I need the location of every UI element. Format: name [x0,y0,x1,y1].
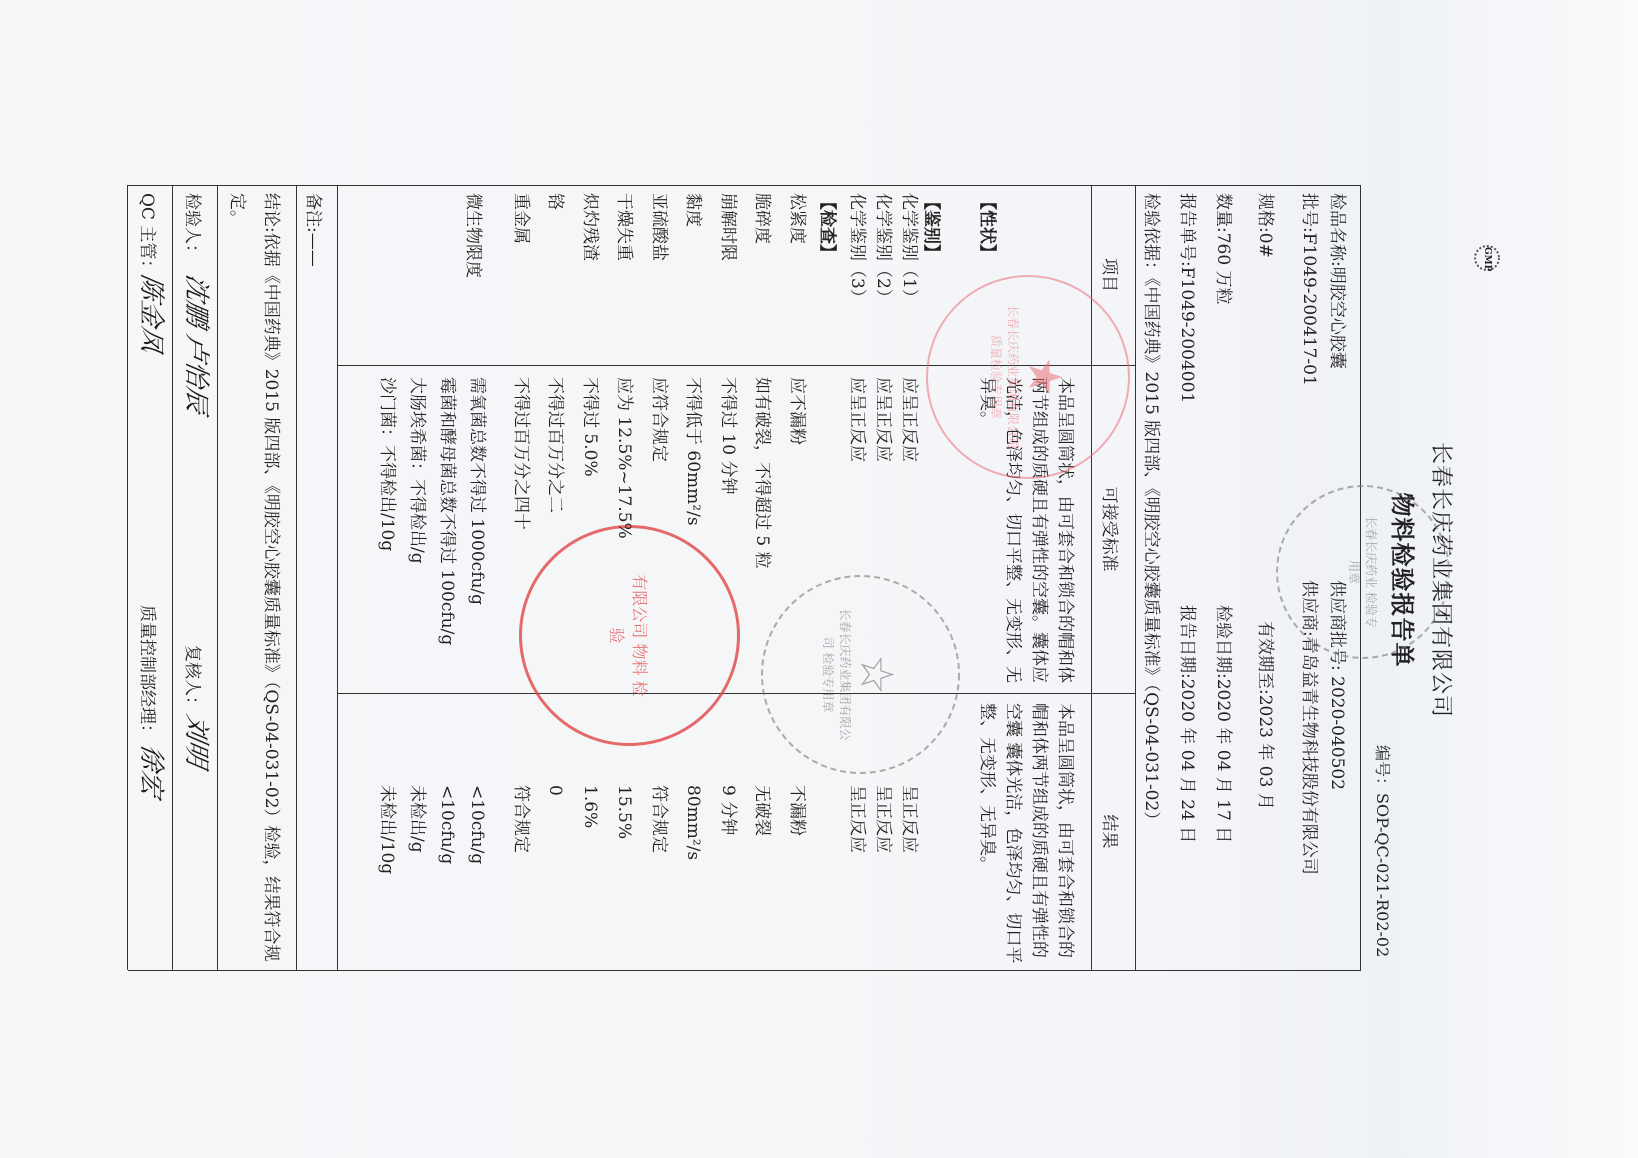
column-header-item: 项目 [1099,185,1124,365]
check-standard: 如有破裂，不得超过 5 粒 [750,377,776,569]
microbial-result: <10cfu/g [464,785,490,864]
reviewer-signature: 刘明 [180,712,217,771]
microbial-result: 未检出/10g [374,785,400,874]
signature-row-border [172,185,173,970]
microbial-standard: 需氧菌总数不得过 1000cfu/g [464,377,490,605]
header-row-border [1091,185,1092,970]
microbial-label: 微生物限度 [460,193,486,278]
check-item: 炽灼残渣 [577,193,603,261]
check-item: 铬 [543,193,569,210]
identification-standard: 应呈正反应 [844,377,870,462]
inspection-report-page: GMP 长春长庆药业集团有限公司 物料检验报告单 编号：SOP-QC-021-R… [100,185,1520,975]
inspection-date: 检验日期:2020 年 04 月 17 日 [1213,605,1238,843]
identification-standard: 应呈正反应 [896,377,922,462]
red-material-stamp: 有限公司 物料 检验 [519,525,740,746]
check-standard: 不得过 5.0% [577,377,603,477]
inspector-label: 检验人： [182,193,207,261]
check-result: 符合规定 [646,785,672,853]
appearance-standard: 本品呈圆筒状，由可套合和锁合的帽和体两节组成的质硬且有弹性的空囊。囊体应光洁，色… [974,377,1078,689]
gmp-logo-icon: GMP [1474,245,1500,271]
microbial-standard: 霉菌和酵母菌总数不得过 100cfu/g [434,377,460,645]
conclusion-bottom-border [217,185,218,970]
inspector-signature: 沈鹏 卢怡辰 [180,272,217,417]
column-header-result: 结果 [1099,693,1124,970]
star-icon: ☆ [855,605,901,745]
report-number: 报告单号:F1049-2004001 [1177,193,1202,403]
remarks-bottom-border [296,185,297,970]
body-bottom-border [337,185,338,970]
identification-item: 化学鉴别（2） [870,193,896,306]
qc-supervisor-label: QC 主管： [137,193,162,276]
check-standard: 不得低于 60mm²/s [681,377,707,526]
identification-standard: 应呈正反应 [870,377,896,462]
quantity: 数量:760 万粒 [1213,193,1238,305]
code-label: 编号： [1373,745,1392,793]
microbial-standard: 沙门菌：不得检出/10g [374,377,400,551]
check-standard: 不得过百万分之二 [543,377,569,513]
check-standard: 应不漏粉 [784,377,810,445]
check-item: 黏度 [681,193,707,227]
check-result: 符合规定 [508,785,534,853]
identification-result: 呈正反应 [844,785,870,853]
check-standard: 不得过 10 分钟 [715,377,741,494]
specification: 规格:0# [1255,193,1280,258]
info-bottom-border [1135,185,1136,970]
check-item: 重金属 [508,193,534,244]
check-item: 亚硫酸盐 [646,193,672,261]
table-bottom-border [127,185,128,970]
identification-result: 呈正反应 [896,785,922,853]
check-result: 9 分钟 [715,785,741,835]
expiry-date: 有效期至:2023 年 03 月 [1255,621,1280,810]
microbial-result: <10cfu/g [434,785,460,864]
check-result: 不漏粉 [784,785,810,836]
qc-supervisor-signature: 陈金凤 [135,272,172,357]
qc-manager-label: 质量控制部经理： [137,605,162,741]
check-result: 80mm²/s [681,785,707,860]
appearance-label: 【性状】 [974,193,1000,261]
check-result: 0 [543,785,569,796]
supplier-batch: 供应商批号: 2020-040502 [1327,580,1352,790]
check-item: 松紧度 [784,193,810,244]
check-result: 15.5% [612,785,638,839]
identification-item: 化学鉴别（1） [896,193,922,306]
check-standard: 应为 12.5%~17.5% [612,377,638,539]
stamp-text: 有限公司 物料 检验 [607,571,653,701]
check-item: 脆碎度 [750,193,776,244]
identification-result: 呈正反应 [870,785,896,853]
column-divider-2 [338,693,1136,694]
company-name: 长春长庆药业集团有限公司 [1427,185,1458,975]
check-standard: 应符合规定 [646,377,672,462]
report-date: 报告日期:2020 年 04 月 24 日 [1177,605,1202,843]
gray-inspection-stamp: ☆长春长庆药业集团有限公司 检验专用章 [761,575,960,774]
check-result: 1.6% [577,785,603,828]
remarks: 备注:—— [303,193,328,267]
table-top-border [1360,185,1361,970]
checks-label: 【检查】 [814,193,840,261]
product-name: 检品名称:明胶空心胶囊 [1327,193,1352,369]
appearance-result: 本品呈圆筒状，由可套合和锁合的帽和体两节组成的质硬且有弹性的空囊 囊体光洁，色泽… [974,703,1078,965]
document-code: 编号：SOP-QC-021-R02-02 [1372,745,1395,957]
microbial-result: 未检出/g [404,785,430,853]
reviewer-label: 复核人： [182,645,207,713]
batch-number: 批号:F1049-200417-01 [1299,193,1324,386]
check-item: 崩解时限 [715,193,741,261]
supplier: 供应商:青岛益青生物科技股份有限公司 [1299,580,1324,875]
conclusion: 结论:依据《中国药典》2015 版四部、《明胶空心胶囊质量标准》（QS-04-0… [220,193,288,965]
check-item: 干燥失重 [612,193,638,261]
column-divider-1 [338,365,1136,366]
identification-item: 化学鉴别（3） [844,193,870,306]
check-result: 无破裂 [750,785,776,836]
check-standard: 不得过百万分之四十 [508,377,534,530]
code-value: SOP-QC-021-R02-02 [1373,793,1392,957]
microbial-standard: 大肠埃希菌：不得检出/g [404,377,430,564]
table-left-border [128,185,1361,186]
column-header-standard: 可接受标准 [1099,365,1124,693]
inspection-basis: 检验依据：《中国药典》2015 版四部、《明胶空心胶囊质量标准》（QS-04-0… [1141,193,1166,828]
table-right-border [128,970,1361,971]
qc-manager-signature: 徐宏 [135,742,172,801]
stamp-text: 长春长庆药业集团有限公司 检验专用章 [821,605,855,745]
